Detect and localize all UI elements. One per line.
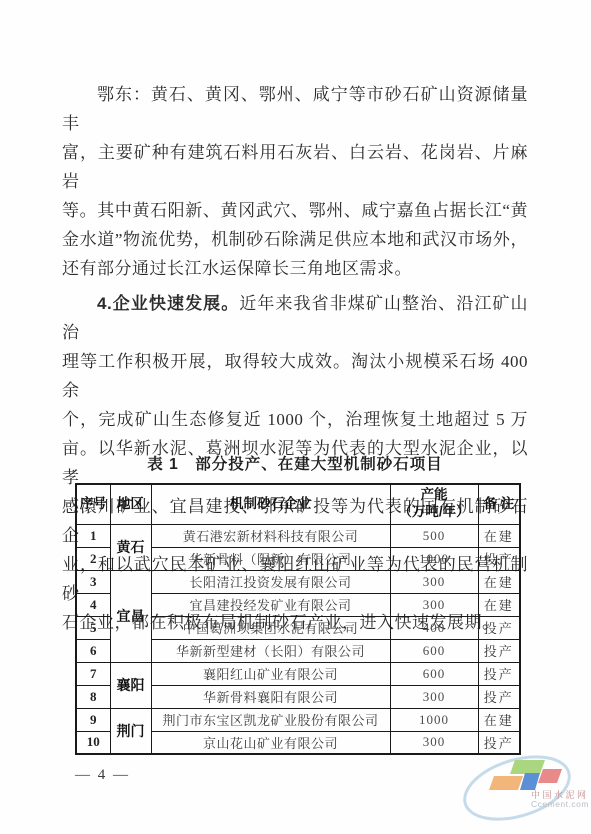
page-number: — 4 — bbox=[75, 767, 130, 784]
cell-status: 投产 bbox=[478, 639, 520, 662]
text-line: 富，主要矿种有建筑石料用石灰岩、白云岩、花岗岩、片麻岩 bbox=[62, 138, 528, 196]
header-note: 备 注 bbox=[478, 484, 520, 524]
cell-capacity: 1000 bbox=[390, 708, 478, 731]
cell-serial-number: 10 bbox=[76, 731, 110, 754]
header-company: 机制砂石企业 bbox=[151, 484, 390, 524]
cell-capacity: 600 bbox=[390, 662, 478, 685]
cell-company-name: 华新新型建材（长阳）有限公司 bbox=[151, 639, 390, 662]
text-line: 金水道”物流优势，机制砂石除满足供应本地和武汉市场外， bbox=[62, 225, 528, 254]
cell-company-name: 华新骨料襄阳有限公司 bbox=[151, 685, 390, 708]
text-line: 鄂东：黄石、黄冈、鄂州、咸宁等市砂石矿山资源储量丰 bbox=[62, 80, 528, 138]
cell-status: 投产 bbox=[478, 662, 520, 685]
cell-serial-number: 6 bbox=[76, 639, 110, 662]
cell-status: 投产 bbox=[478, 731, 520, 754]
cell-capacity: 300 bbox=[390, 570, 478, 593]
cell-status: 投产 bbox=[478, 547, 520, 570]
cell-serial-number: 4 bbox=[76, 593, 110, 616]
cell-status: 在建 bbox=[478, 524, 520, 547]
projects-table: 序号 地区 机制砂石企业 产能 （万吨/年） 备 注 1黄石黄石港宏新材料科技有… bbox=[75, 483, 521, 755]
header-no: 序号 bbox=[76, 484, 110, 524]
text-line: 还有部分通过长江水运保障长三角地区需求。 bbox=[62, 254, 528, 283]
cell-capacity: 500 bbox=[390, 524, 478, 547]
cell-region: 黄石 bbox=[110, 524, 151, 570]
cell-serial-number: 8 bbox=[76, 685, 110, 708]
text-line: 理等工作积极开展，取得较大成效。淘汰小规模采石场 400 余 bbox=[62, 347, 528, 405]
cell-capacity: 600 bbox=[390, 639, 478, 662]
cell-serial-number: 1 bbox=[76, 524, 110, 547]
cell-region: 襄阳 bbox=[110, 662, 151, 708]
table-row: 9荆门荆门市东宝区凯龙矿业股份有限公司1000在建 bbox=[76, 708, 520, 731]
cell-region: 荆门 bbox=[110, 708, 151, 754]
cell-status: 在建 bbox=[478, 570, 520, 593]
text-line: 等。其中黄石阳新、黄冈武穴、鄂州、咸宁嘉鱼占据长江“黄 bbox=[62, 196, 528, 225]
cell-serial-number: 5 bbox=[76, 616, 110, 639]
header-capacity-line1: 产能 bbox=[391, 487, 478, 504]
table-row: 1黄石黄石港宏新材料科技有限公司500在建 bbox=[76, 524, 520, 547]
watermark-domain: Ccement.com bbox=[531, 799, 589, 809]
text-line: 4.企业快速发展。近年来我省非煤矿山整治、沿江矿山治 bbox=[62, 289, 528, 347]
cell-company-name: 中国葛洲坝集团水泥有限公司 bbox=[151, 616, 390, 639]
cell-capacity: 400 bbox=[390, 616, 478, 639]
ccement-watermark: 中国水泥网 Ccement.com bbox=[461, 752, 589, 830]
cell-status: 投产 bbox=[478, 616, 520, 639]
projects-table-body: 1黄石黄石港宏新材料科技有限公司500在建2华新骨料（阳新）有限公司1000投产… bbox=[76, 524, 520, 754]
cell-capacity: 300 bbox=[390, 593, 478, 616]
cell-capacity: 300 bbox=[390, 731, 478, 754]
document-page: 鄂东：黄石、黄冈、鄂州、咸宁等市砂石矿山资源储量丰富，主要矿种有建筑石料用石灰岩… bbox=[0, 0, 591, 834]
header-region: 地区 bbox=[110, 484, 151, 524]
cell-status: 在建 bbox=[478, 593, 520, 616]
cell-status: 在建 bbox=[478, 708, 520, 731]
table-header-row: 序号 地区 机制砂石企业 产能 （万吨/年） 备 注 bbox=[76, 484, 520, 524]
cell-serial-number: 7 bbox=[76, 662, 110, 685]
cell-company-name: 长阳清江投资发展有限公司 bbox=[151, 570, 390, 593]
cell-company-name: 黄石港宏新材料科技有限公司 bbox=[151, 524, 390, 547]
cell-company-name: 宜昌建投经发矿业有限公司 bbox=[151, 593, 390, 616]
cell-capacity: 1000 bbox=[390, 547, 478, 570]
cell-company-name: 京山花山矿业有限公司 bbox=[151, 731, 390, 754]
cell-serial-number: 2 bbox=[76, 547, 110, 570]
cell-company-name: 襄阳红山矿业有限公司 bbox=[151, 662, 390, 685]
table-row: 7襄阳襄阳红山矿业有限公司600投产 bbox=[76, 662, 520, 685]
body-paragraph: 鄂东：黄石、黄冈、鄂州、咸宁等市砂石矿山资源储量丰富，主要矿种有建筑石料用石灰岩… bbox=[62, 80, 528, 283]
cell-capacity: 300 bbox=[390, 685, 478, 708]
header-capacity: 产能 （万吨/年） bbox=[390, 484, 478, 524]
cell-company-name: 华新骨料（阳新）有限公司 bbox=[151, 547, 390, 570]
table-row: 3宜昌长阳清江投资发展有限公司300在建 bbox=[76, 570, 520, 593]
cell-status: 投产 bbox=[478, 685, 520, 708]
cell-serial-number: 9 bbox=[76, 708, 110, 731]
text-line: 个，完成矿山生态修复近 1000 个，治理恢复土地超过 5 万 bbox=[62, 405, 528, 434]
table-title: 表 1 部分投产、在建大型机制砂石项目 bbox=[62, 452, 528, 474]
header-capacity-line2: （万吨/年） bbox=[391, 504, 478, 521]
cell-company-name: 荆门市东宝区凯龙矿业股份有限公司 bbox=[151, 708, 390, 731]
cell-region: 宜昌 bbox=[110, 570, 151, 662]
bold-heading-run: 4.企业快速发展。 bbox=[97, 294, 239, 313]
cell-serial-number: 3 bbox=[76, 570, 110, 593]
